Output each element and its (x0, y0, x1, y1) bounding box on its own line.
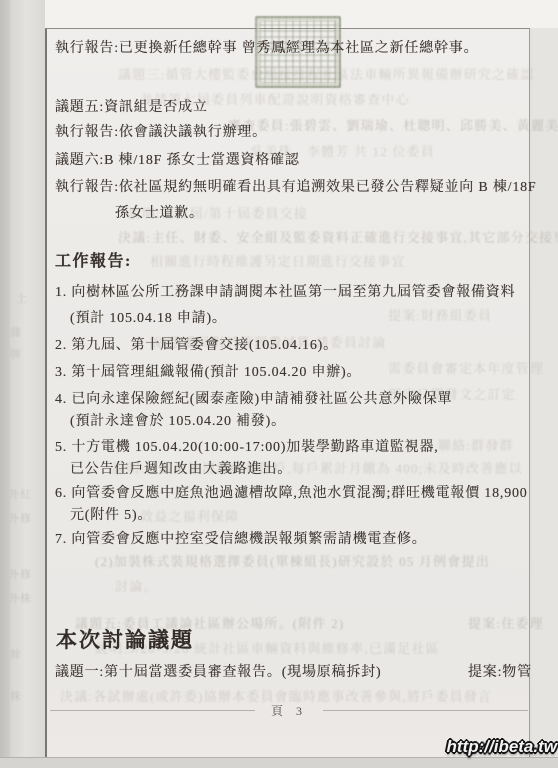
bleed-margin-mark: 外株 (8, 590, 32, 606)
bleed-line: 審查委員:張碧雲、劉瑞瑜、杜聰明、邱勝美、黃麗美 (228, 115, 558, 134)
execution-report-topic5: 執行報告:依會議決議執行辦理。 (55, 121, 267, 141)
bleed-margin-mark: 餘 (10, 646, 22, 662)
bleed-line: (2)加裝株式裝規格選擇委員(單棟組長)研究設於 05 月例會提出 (95, 551, 490, 570)
footer-rule-left (50, 710, 255, 711)
execution-report-topic6-line2: 孫女士道歉。 (115, 202, 204, 222)
work-item-1-line2: (預計 105.04.18 申請)。 (70, 307, 227, 327)
scanned-document: 土 雜 牌 外紅 外修 外修 外株 餘 株 議題三:循管大樓監委會場接排程社區法… (0, 0, 558, 768)
work-item-7: 7. 向管委會反應中控室受信總機誤報頻繁需請機電查修。 (55, 528, 427, 548)
scan-edge-left-outer (0, 0, 10, 768)
bleed-line: 討論。 (115, 576, 158, 595)
bleed-margin-mark: 牌 (10, 346, 22, 362)
work-item-2: 2. 第九屆、第十屆管委會交接(105.04.16)。 (55, 334, 338, 354)
discussion-topic-1: 議題一:第十屆當選委員審查報告。(現場原稿拆封) (55, 661, 381, 681)
discussion-proposer: 提案:物管 (468, 661, 532, 681)
bleed-line: 相關進行時程維護另定日期進行交接事宜 (150, 251, 406, 270)
work-item-6-line1: 6. 向管委會反應中庭魚池過濾槽故障,魚池水質混濁;群旺機電報價 18,900 (55, 482, 528, 502)
bleed-line: 聯絡:群發群 (438, 435, 514, 454)
bleed-line: 提案:住委理 (468, 613, 544, 632)
work-item-3: 3. 第十屆管理組織報備(預計 105.04.20 申辦)。 (55, 361, 361, 381)
work-item-4-line2: (預計永達會於 105.04.20 補發)。 (70, 410, 286, 430)
bleed-margin-mark: 外紅 (8, 486, 32, 502)
bleed-line: 效益之福利保障 (140, 506, 239, 525)
work-report-heading: 工作報告: (55, 248, 132, 271)
bleed-margin-mark: 土 (16, 290, 28, 306)
bleed-margin-mark: 株 (10, 688, 22, 704)
work-item-6-line2: 元(附件 5)。 (70, 504, 152, 524)
page-number: 頁 3 (271, 702, 307, 719)
work-item-5-line2: 已公告住戶週知改由大義路進出。 (70, 458, 292, 478)
scan-edge-right (532, 28, 558, 768)
bleed-line: 提案:財務組委員 (388, 305, 492, 324)
bleed-line: 決議:主任、財委、安全組及監委資料正確進行交接事宜,其它部分交接事 (118, 227, 558, 246)
execution-report-topic6-line1: 執行報告:依社區規約無明確看出具有追溯效果已發公告釋疑並向 B 棟/18F (55, 176, 537, 196)
bleed-margin-mark: 外修 (8, 566, 32, 582)
bleed-margin-mark: 雜 (10, 324, 22, 340)
page-footer: 頁 3 (50, 702, 528, 718)
work-item-4-line1: 4. 已向永達保險經紀(國泰產險)申請補發社區公共意外險保單 (55, 388, 452, 408)
bleed-line: 需委員會審定本年度管理 (388, 358, 544, 377)
topic-6-line: 議題六:B 棟/18F 孫女士當選資格確認 (55, 149, 300, 169)
execution-report-new-manager: 執行報告:已更換新任總幹事 曾秀鳳經理為本社區之新任總幹事。 (55, 37, 478, 57)
work-item-5-line1: 5. 十方電機 105.04.20(10:00-17:00)加裝學勤路車道監視器… (55, 436, 439, 456)
topic-5-line: 議題五:資訊組是否成立 (55, 96, 208, 116)
work-item-1-line1: 1. 向樹林區公所工務課申請調閱本社區第一屆至第九屆管委會報備資料 (55, 281, 515, 301)
scan-edge-bottom (0, 757, 558, 768)
footer-rule-right (323, 710, 528, 711)
bleed-margin-mark: 外修 (8, 510, 32, 526)
discussion-heading: 本次討論議題 (56, 624, 194, 654)
site-watermark: http://ibeta.tw (447, 737, 557, 757)
